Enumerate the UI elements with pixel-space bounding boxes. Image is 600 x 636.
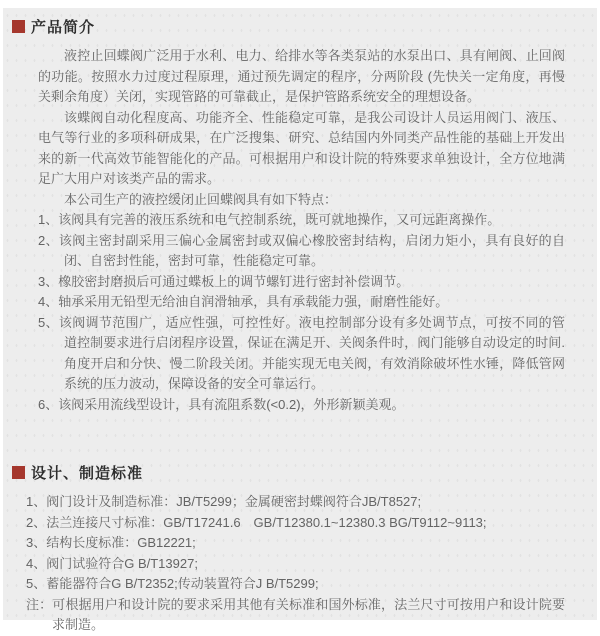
feature-item: 5、该阀调节范围广，适应性强，可控性好。液电控制部分设有多处调节点，可按不同的管…	[38, 313, 565, 395]
section-standards-heading: 设计、制造标准	[12, 462, 565, 483]
section-standards-title: 设计、制造标准	[31, 462, 143, 483]
standard-list: 1、阀门设计及制造标准：JB/T5299；金属硬密封蝶阀符合JB/T8527; …	[26, 492, 565, 620]
intro-paragraph: 液控止回蝶阀广泛用于水利、电力、给排水等各类泵站的水泵出口、具有闸阀、止回阀的功…	[38, 46, 565, 108]
feature-list: 1、该阀具有完善的液压系统和电气控制系统，既可就地操作，又可远距离操作。 2、该…	[38, 210, 565, 415]
standard-item: 2、法兰连接尺寸标准：GB/T17241.6 GB/T12380.1~12380…	[26, 513, 565, 534]
section-product-intro: 产品简介 液控止回蝶阀广泛用于水利、电力、给排水等各类泵站的水泵出口、具有闸阀、…	[3, 16, 597, 415]
feature-item: 6、该阀采用流线型设计，具有流阻系数(<0.2)，外形新颖美观。	[38, 395, 565, 416]
standard-item: 4、阀门试验符合G B/T13927;	[26, 554, 565, 575]
intro-paragraph: 本公司生产的液控缓闭止回蝶阀具有如下特点：	[38, 190, 565, 211]
standard-item: 5、蓄能器符合G B/T2352;传动装置符合J B/T5299;	[26, 574, 565, 595]
red-square-bullet-icon	[12, 466, 25, 479]
intro-paragraphs: 液控止回蝶阀广泛用于水利、电力、给排水等各类泵站的水泵出口、具有闸阀、止回阀的功…	[38, 46, 565, 210]
standard-item: 3、结构长度标准：GB12221;	[26, 533, 565, 554]
feature-item: 4、轴承采用无铅型无给油自润滑轴承，具有承载能力强，耐磨性能好。	[38, 292, 565, 313]
intro-paragraph: 该蝶阀自动化程度高、功能齐全、性能稳定可靠，是我公司设计人员运用阀门、液压、电气…	[38, 108, 565, 190]
standard-item: 1、阀门设计及制造标准：JB/T5299；金属硬密封蝶阀符合JB/T8527;	[26, 492, 565, 513]
feature-item: 1、该阀具有完善的液压系统和电气控制系统，既可就地操作，又可远距离操作。	[38, 210, 565, 231]
section-intro-heading: 产品简介	[12, 16, 565, 37]
section-intro-title: 产品简介	[31, 16, 95, 37]
feature-item: 2、该阀主密封副采用三偏心金属密封或双偏心橡胶密封结构，启闭力矩小，具有良好的自…	[38, 231, 565, 272]
section-design-standards: 设计、制造标准 1、阀门设计及制造标准：JB/T5299；金属硬密封蝶阀符合JB…	[3, 462, 597, 620]
standard-note: 注：可根据用户和设计院的要求采用其他有关标准和国外标准，法兰尺寸可按用户和设计院…	[26, 595, 565, 621]
document-page: 产品简介 液控止回蝶阀广泛用于水利、电力、给排水等各类泵站的水泵出口、具有闸阀、…	[3, 8, 597, 620]
red-square-bullet-icon	[12, 20, 25, 33]
feature-item: 3、橡胶密封磨损后可通过蝶板上的调节螺钉进行密封补偿调节。	[38, 272, 565, 293]
